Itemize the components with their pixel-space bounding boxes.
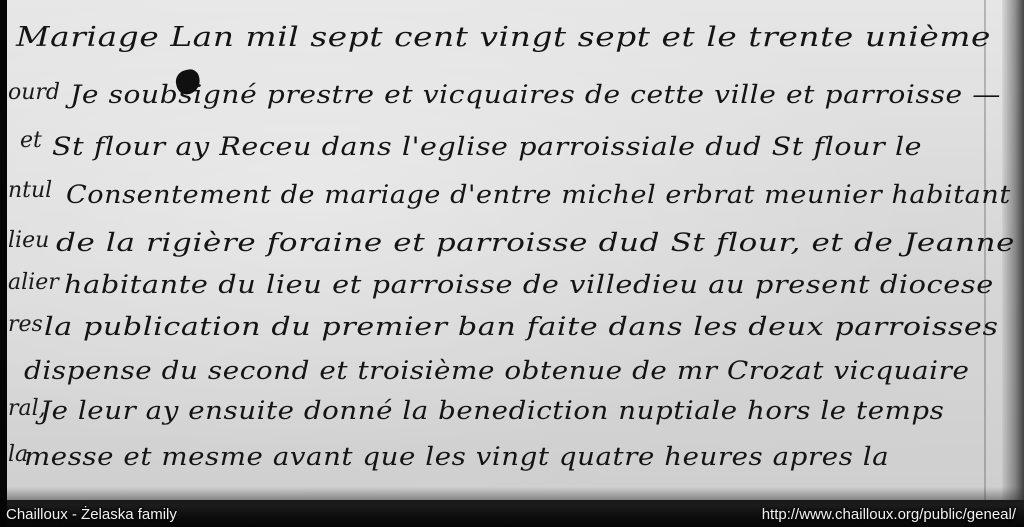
margin-note: res [8, 312, 43, 337]
handwritten-line-2: Je soubsigné prestre et vicquaires de ce… [70, 80, 1001, 109]
handwritten-line-9: Je leur ay ensuite donné la benediction … [40, 396, 944, 425]
handwritten-line-8: dispense du second et troisième obtenue … [24, 356, 969, 385]
handwritten-line-7: la publication du premier ban faite dans… [44, 312, 999, 341]
margin-note: alier [8, 270, 59, 295]
margin-note: ntul [8, 178, 52, 203]
handwritten-line-10: messe et mesme avant que les vingt quatr… [24, 442, 889, 471]
handwritten-line-6: habitante du lieu et parroisse de villed… [64, 270, 994, 299]
scan-left-border [0, 0, 7, 527]
watermark-url: http://www.chailloux.org/public/geneal/ [762, 506, 1016, 523]
handwritten-line-5: de la rigière foraine et parroisse dud S… [56, 228, 1015, 257]
handwritten-line-4: Consentement de mariage d'entre michel e… [66, 180, 1011, 209]
margin-note: ourd [8, 80, 60, 105]
margin-note: et [20, 128, 42, 153]
watermark-family-caption: Chailloux - Żelaska family [6, 506, 177, 523]
margin-note: lieu [8, 228, 49, 253]
handwritten-line-1: Mariage Lan mil sept cent vingt sept et … [16, 22, 991, 53]
handwritten-line-3: St flour ay Receu dans l'eglise parroiss… [52, 132, 922, 161]
scanned-document: ourd et ntul lieu alier res ral, la Mari… [0, 0, 1024, 527]
